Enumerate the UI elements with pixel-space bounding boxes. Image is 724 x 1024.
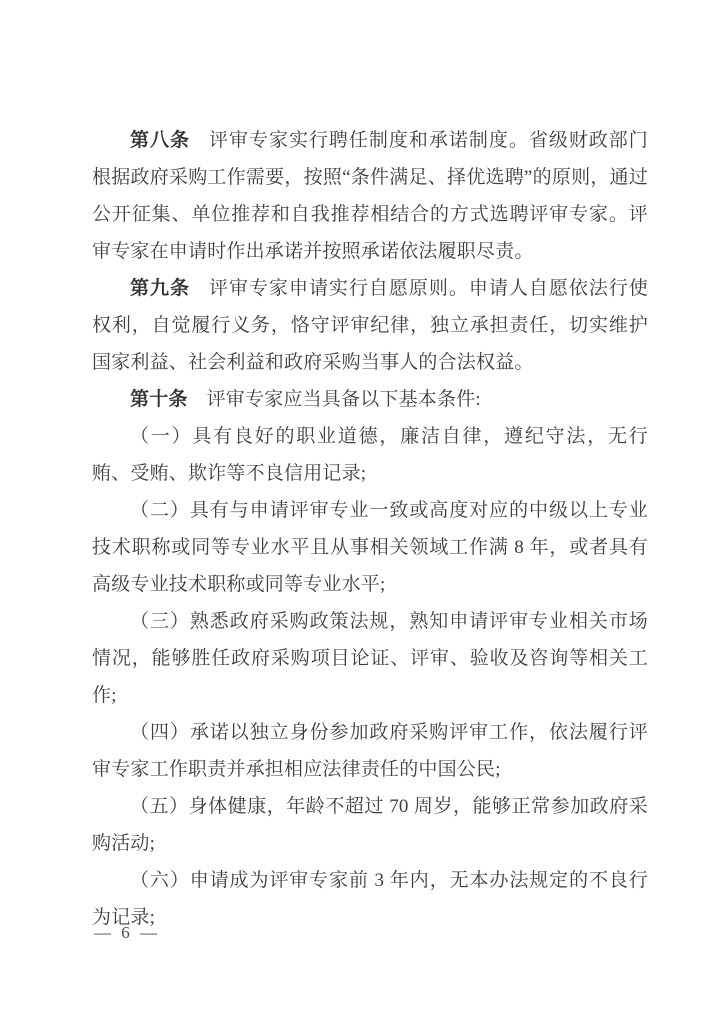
paragraph-item-6: （六）申请成为评审专家前 3 年内，无本办法规定的不良行为记录; <box>92 862 648 936</box>
paragraph-item-4: （四）承诺以独立身份参加政府采购评审工作，依法履行评审专家工作职责并承担相应法律… <box>92 714 648 788</box>
article-text: （二）具有与申请评审专业一致或高度对应的中级以上专业技术职称或同等专业水平且从事… <box>92 500 648 595</box>
document-page: 第八条评审专家实行聘任制度和承诺制度。省级财政部门根据政府采购工作需要，按照“条… <box>0 0 724 1024</box>
article-text: （四）承诺以独立身份参加政府采购评审工作，依法履行评审专家工作职责并承担相应法律… <box>92 722 648 780</box>
article-text: （一）具有良好的职业道德，廉洁自律，遵纪守法，无行贿、受贿、欺诈等不良信用记录; <box>92 426 648 484</box>
article-text: （五）身体健康，年龄不超过 70 周岁，能够正常参加政府采购活动; <box>92 796 648 854</box>
paragraph-article-8: 第八条评审专家实行聘任制度和承诺制度。省级财政部门根据政府采购工作需要，按照“条… <box>92 122 648 270</box>
paragraph-article-9: 第九条评审专家申请实行自愿原则。申请人自愿依法行使权利，自觉履行义务，恪守评审纪… <box>92 270 648 381</box>
article-number: 第九条 <box>130 278 190 299</box>
article-number: 第八条 <box>130 130 190 151</box>
paragraph-item-1: （一）具有良好的职业道德，廉洁自律，遵纪守法，无行贿、受贿、欺诈等不良信用记录; <box>92 418 648 492</box>
article-number: 第十条 <box>130 389 188 410</box>
document-body: 第八条评审专家实行聘任制度和承诺制度。省级财政部门根据政府采购工作需要，按照“条… <box>92 122 648 936</box>
page-number: — 6 — <box>94 921 160 945</box>
paragraph-item-5: （五）身体健康，年龄不超过 70 周岁，能够正常参加政府采购活动; <box>92 788 648 862</box>
article-text: 评审专家应当具备以下基本条件: <box>207 389 481 410</box>
article-text: （六）申请成为评审专家前 3 年内，无本办法规定的不良行为记录; <box>92 870 648 928</box>
paragraph-article-10: 第十条评审专家应当具备以下基本条件: <box>92 381 648 418</box>
article-text: （三）熟悉政府采购政策法规，熟知申请评审专业相关市场情况，能够胜任政府采购项目论… <box>92 611 648 706</box>
paragraph-item-2: （二）具有与申请评审专业一致或高度对应的中级以上专业技术职称或同等专业水平且从事… <box>92 492 648 603</box>
paragraph-item-3: （三）熟悉政府采购政策法规，熟知申请评审专业相关市场情况，能够胜任政府采购项目论… <box>92 603 648 714</box>
